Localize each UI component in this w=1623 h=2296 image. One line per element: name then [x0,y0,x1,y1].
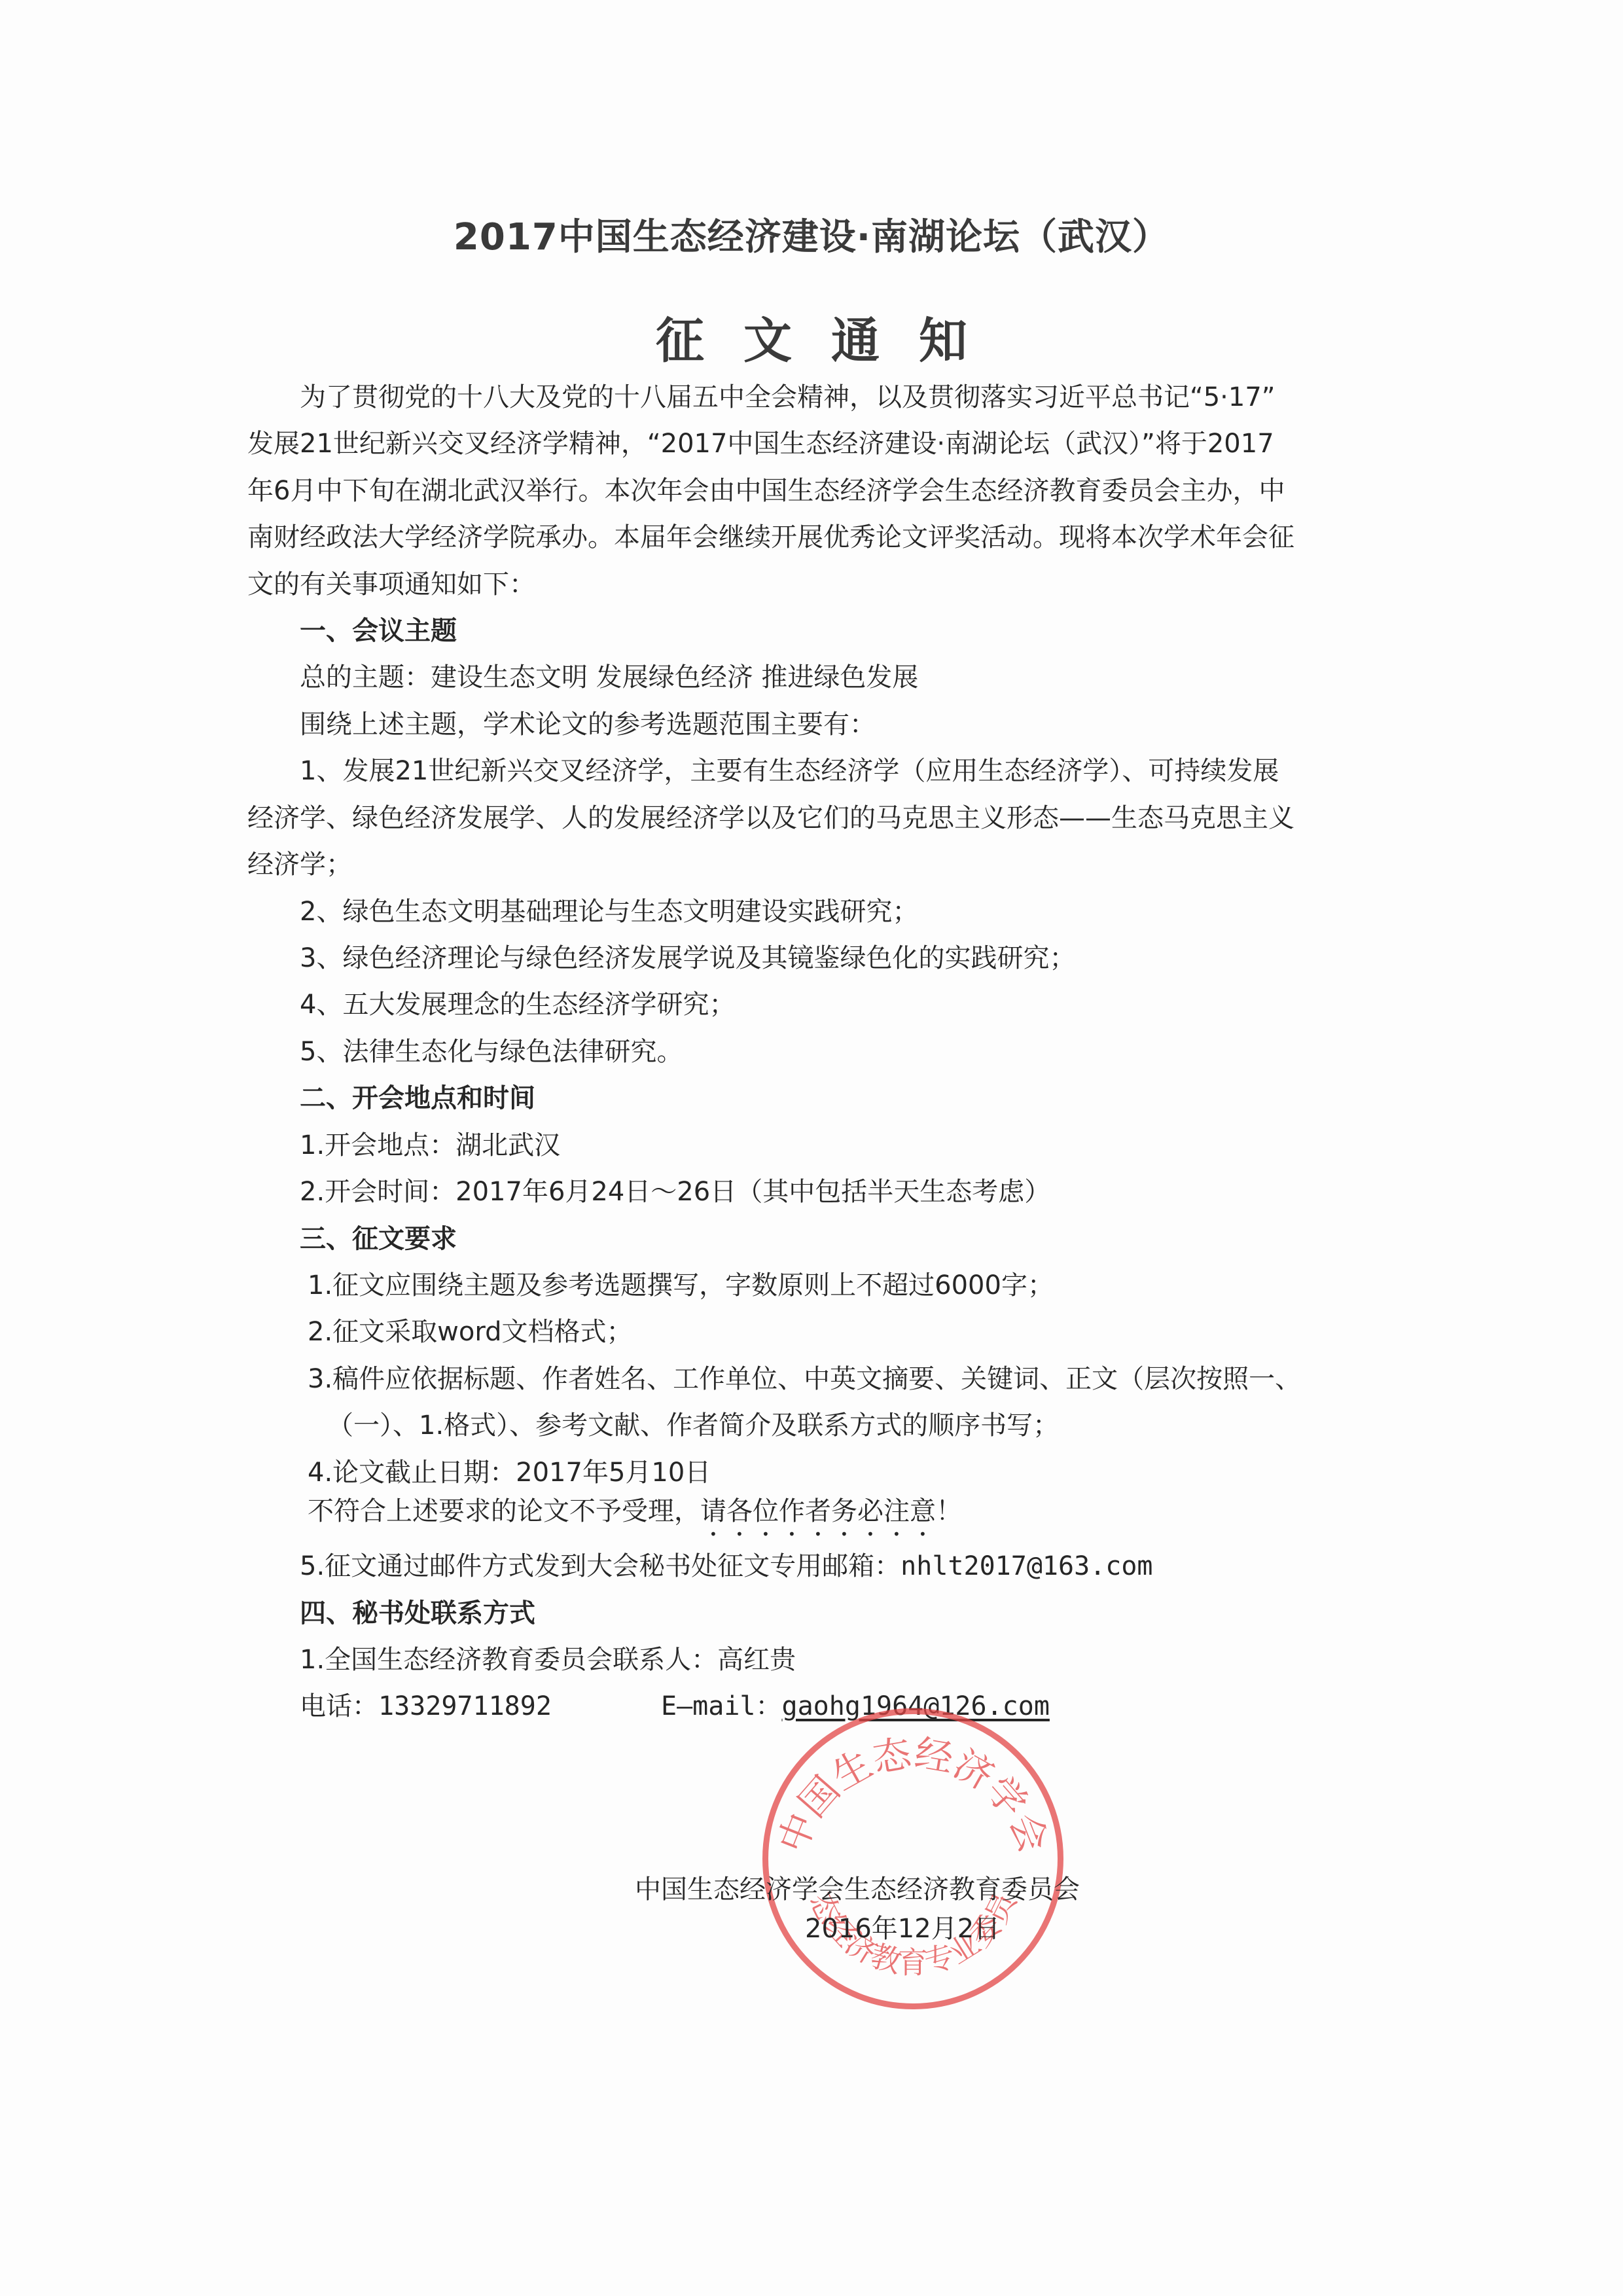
intro-line: 南财经政法大学经济学院承办。本届年会继续开展优秀论文评奖活动。现将本次学术年会征 [247,521,1294,554]
phone-number: 13329711892 [378,1691,552,1721]
phone-label: 电话： [300,1691,378,1721]
intro-line: 年6月中下旬在湖北武汉举行。本次年会由中国生态经济学会生态经济教育委员会主办，中 [247,475,1285,507]
topic-item: 2、绿色生态文明基础理论与生态文明建设实践研究； [300,895,918,928]
intro-line: 文的有关事项通知如下： [247,568,535,601]
warning-plain: 不符合上述要求的论文不予受理， [308,1496,700,1526]
submission-text: 5.征文通过邮件方式发到大会秘书处征文专用邮箱： [300,1551,901,1581]
document-subtitle: 征文通知 [0,302,1623,372]
topic-item: 1、发展21世纪新兴交叉经济学，主要有生态经济学（应用生态经济学）、可持续发展 [300,755,1279,787]
topic-item: 5、法律生态化与绿色法律研究。 [300,1035,683,1068]
document-page: 2017中国生态经济建设·南湖论坛（武汉） 征文通知 为了贯彻党的十八大及党的十… [0,0,1623,2296]
topic-item: 3、绿色经济理论与绿色经济发展学说及其镜鉴绿色化的实践研究； [300,942,1075,975]
deadline: 4.论文截止日期：2017年5月10日 [308,1456,711,1489]
seal-top-text: 中国生态经济学会 [770,1731,1056,1859]
submission-email-item: 5.征文通过邮件方式发到大会秘书处征文专用邮箱：nhlt2017@163.com [300,1550,1152,1583]
signature-date: 2016年12月2日 [805,1908,1000,1945]
section-heading-requirements: 三、征文要求 [300,1223,457,1255]
official-seal-text: 中国生态经济学会 生态经济教育专业委员会 [762,1708,1063,2009]
requirement-item-cont: （一）、1.格式）、参考文献、作者简介及联系方式的顺序书写； [327,1409,1059,1442]
section-heading-contact: 四、秘书处联系方式 [300,1597,535,1630]
topic-item: 4、五大发展理念的生态经济学研究； [300,988,735,1021]
topics-lead: 围绕上述主题，学术论文的参考选题范围主要有： [300,708,876,741]
svg-text:中国生态经济学会: 中国生态经济学会 [770,1731,1056,1859]
intro-line: 为了贯彻党的十八大及党的十八届五中全会精神，以及贯彻落实习近平总书记“5·17” [300,381,1275,414]
requirement-item: 3.稿件应依据标题、作者姓名、工作单位、中英文摘要、关键词、正文（层次按照一、 [308,1363,1301,1395]
topic-item-cont: 经济学； [247,848,352,881]
meeting-time: 2.开会时间：2017年6月24日～26日（其中包括半天生态考虑） [300,1175,1050,1208]
topic-item-cont: 经济学、绿色经济发展学、人的发展经济学以及它们的马克思主义形态——生态马克思主义 [247,802,1294,834]
overall-theme: 总的主题：建设生态文明 发展绿色经济 推进绿色发展 [300,661,918,694]
contact-phone: 电话：13329711892 [300,1690,552,1723]
section-heading-theme: 一、会议主题 [300,615,457,647]
contact-person: 1.全国生态经济教育委员会联系人：高红贵 [300,1643,796,1676]
signature-organization: 中国生态经济学会生态经济教育委员会 [635,1869,1080,1906]
section-heading-location-time: 二、开会地点和时间 [300,1082,535,1115]
intro-line: 发展21世纪新兴交叉经济学精神，“2017中国生态经济建设·南湖论坛（武汉）”将… [247,427,1274,460]
requirement-item: 1.征文应围绕主题及参考选题撰写，字数原则上不超过6000字； [308,1269,1054,1302]
warning-emphasis: 请各位作者务必注意！ [700,1496,962,1526]
warning-note: 不符合上述要求的论文不予受理，请各位作者务必注意！ [308,1495,962,1542]
submission-email[interactable]: nhlt2017@163.com [901,1551,1152,1581]
meeting-location: 1.开会地点：湖北武汉 [300,1129,560,1162]
document-title: 2017中国生态经济建设·南湖论坛（武汉） [0,208,1623,260]
requirement-item: 2.征文采取word文档格式； [308,1316,632,1348]
